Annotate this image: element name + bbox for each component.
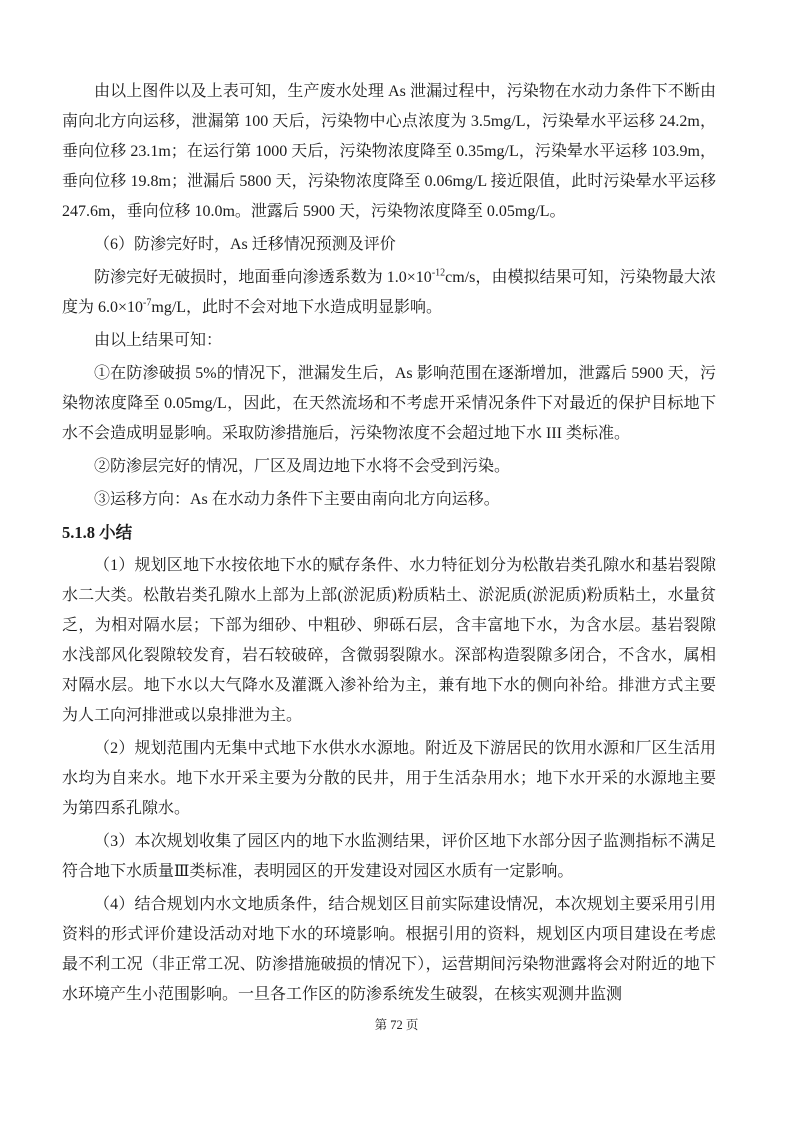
paragraph-summary-2-water-supply: （2）规划范围内无集中式地下水供水水源地。附近及下游居民的饮用水源和厂区生活用水… [62, 734, 716, 824]
document-page: 由以上图件以及上表可知，生产废水处理 As 泄漏过程中，污染物在水动力条件下不断… [0, 0, 793, 1122]
paragraph-conclusions-lead-in: 由以上结果可知： [62, 326, 716, 356]
paragraph-conclusion-2-liner-intact: ②防渗层完好的情况，厂区及周边地下水将不会受到污染。 [62, 452, 716, 482]
paragraph-summary-1-hydrogeology: （1）规划区地下水按依地下水的赋存条件、水力特征划分为松散岩类孔隙水和基岩裂隙水… [62, 551, 716, 731]
page-number: 第 72 页 [375, 1018, 419, 1032]
text-segment: 防渗完好无破损时，地面垂向渗透系数为 1.0×10 [94, 269, 432, 286]
text-segment: mg/L，此时不会对地下水造成明显影响。 [151, 299, 442, 316]
paragraph-conclusion-1-liner-damaged: ①在防渗破损 5%的情况下，泄漏发生后，As 影响范围在逐渐增加，泄露后 590… [62, 359, 716, 449]
paragraph-item6-title-liner-intact: （6）防渗完好时，As 迁移情况预测及评价 [62, 230, 716, 260]
paragraph-summary-3-monitoring-results: （3）本次规划收集了园区内的地下水监测结果，评价区地下水部分因子监测指标不满足符… [62, 827, 716, 887]
paragraph-as-leak-migration-results: 由以上图件以及上表可知，生产废水处理 As 泄漏过程中，污染物在水动力条件下不断… [62, 77, 716, 227]
document-body: 由以上图件以及上表可知，生产废水处理 As 泄漏过程中，污染物在水动力条件下不断… [62, 77, 716, 1013]
paragraph-conclusion-3-migration-direction: ③运移方向：As 在水动力条件下主要由南向北方向运移。 [62, 485, 716, 515]
section-heading-5-1-8-summary: 5.1.8 小结 [62, 518, 716, 548]
paragraph-liner-intact-prediction: 防渗完好无破损时，地面垂向渗透系数为 1.0×10-12cm/s，由模拟结果可知… [62, 263, 716, 323]
page-footer: 第 72 页 [0, 1016, 793, 1034]
paragraph-summary-4-impact-assessment: （4）结合规划内水文地质条件，结合规划区目前实际建设情况，本次规划主要采用引用资… [62, 890, 716, 1010]
superscript-exponent-minus12: -12 [432, 268, 445, 279]
